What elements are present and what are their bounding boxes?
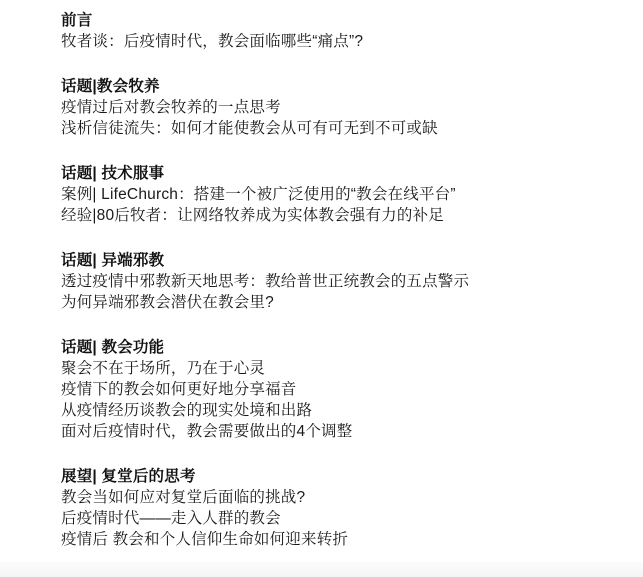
toc-item: 从疫情经历谈教会的现实处境和出路 bbox=[61, 400, 623, 421]
section-heading: 话题|教会牧养 bbox=[61, 76, 623, 97]
table-of-contents: 前言 牧者谈：后疫情时代，教会面临哪些“痛点”? 话题|教会牧养 疫情过后对教会… bbox=[61, 10, 623, 550]
toc-section: 话题| 教会功能 聚会不在于场所，乃在于心灵疫情下的教会如何更好地分享福音从疫情… bbox=[61, 337, 623, 442]
toc-section: 话题|教会牧养 疫情过后对教会牧养的一点思考浅析信徒流失：如何才能使教会从可有可… bbox=[61, 76, 623, 139]
toc-item: 牧者谈：后疫情时代，教会面临哪些“痛点”? bbox=[61, 31, 623, 52]
section-heading: 话题| 教会功能 bbox=[61, 337, 623, 358]
toc-item: 案例| LifeChurch：搭建一个被广泛使用的“教会在线平台” bbox=[61, 184, 623, 205]
document-page: 前言 牧者谈：后疫情时代，教会面临哪些“痛点”? 话题|教会牧养 疫情过后对教会… bbox=[0, 0, 643, 577]
toc-item: 透过疫情中邪教新天地思考：教给普世正统教会的五点警示 bbox=[61, 271, 623, 292]
page-bottom-edge bbox=[0, 562, 643, 577]
toc-item: 为何异端邪教会潜伏在教会里? bbox=[61, 292, 623, 313]
toc-item: 疫情下的教会如何更好地分享福音 bbox=[61, 379, 623, 400]
toc-item: 面对后疫情时代，教会需要做出的4个调整 bbox=[61, 421, 623, 442]
toc-section: 话题| 技术服事 案例| LifeChurch：搭建一个被广泛使用的“教会在线平… bbox=[61, 163, 623, 226]
section-heading: 话题| 技术服事 bbox=[61, 163, 623, 184]
toc-item: 后疫情时代——走入人群的教会 bbox=[61, 508, 623, 529]
toc-section: 话题| 异端邪教 透过疫情中邪教新天地思考：教给普世正统教会的五点警示为何异端邪… bbox=[61, 250, 623, 313]
toc-item: 疫情过后对教会牧养的一点思考 bbox=[61, 97, 623, 118]
section-heading: 前言 bbox=[61, 10, 623, 31]
toc-section: 前言 牧者谈：后疫情时代，教会面临哪些“痛点”? bbox=[61, 10, 623, 52]
toc-item: 疫情后 教会和个人信仰生命如何迎来转折 bbox=[61, 529, 623, 550]
toc-section: 展望| 复堂后的思考 教会当如何应对复堂后面临的挑战?后疫情时代——走入人群的教… bbox=[61, 466, 623, 550]
toc-item: 经验|80后牧者：让网络牧养成为实体教会强有力的补足 bbox=[61, 205, 623, 226]
toc-item: 聚会不在于场所，乃在于心灵 bbox=[61, 358, 623, 379]
toc-item: 浅析信徒流失：如何才能使教会从可有可无到不可或缺 bbox=[61, 118, 623, 139]
section-heading: 展望| 复堂后的思考 bbox=[61, 466, 623, 487]
toc-item: 教会当如何应对复堂后面临的挑战? bbox=[61, 487, 623, 508]
section-heading: 话题| 异端邪教 bbox=[61, 250, 623, 271]
